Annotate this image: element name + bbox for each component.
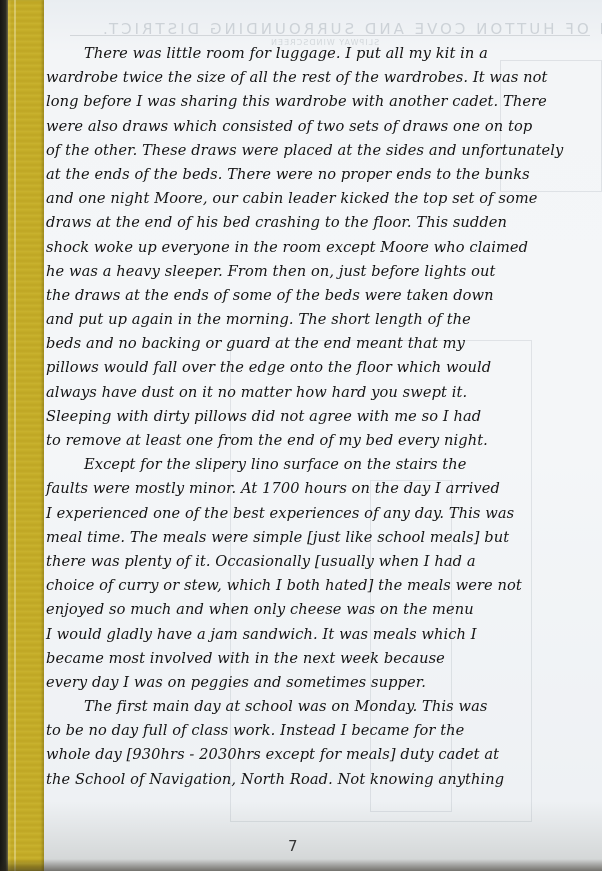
text-line: I experienced one of the best experience… <box>44 502 602 526</box>
text-line: wardrobe twice the size of all the rest … <box>44 66 602 90</box>
text-line: he was a heavy sleeper. From then on, ju… <box>44 260 602 284</box>
text-line: Except for the slipery lino surface on t… <box>44 453 602 477</box>
text-line: were also draws which consisted of two s… <box>44 115 602 139</box>
text-line: Sleeping with dirty pillows did not agre… <box>44 405 602 429</box>
text-line: meal time. The meals were simple [just l… <box>44 526 602 550</box>
text-line: the School of Navigation, North Road. No… <box>44 768 602 792</box>
text-line: to remove at least one from the end of m… <box>44 429 602 453</box>
text-line: faults were mostly minor. At 1700 hours … <box>44 477 602 501</box>
text-line: the draws at the ends of some of the bed… <box>44 284 602 308</box>
text-line: whole day [930hrs - 2030hrs except for m… <box>44 743 602 767</box>
text-line: enjoyed so much and when only cheese was… <box>44 598 602 622</box>
page-bottom-shadow <box>0 859 602 871</box>
text-line: pillows would fall over the edge onto th… <box>44 356 602 380</box>
handwritten-text: There was little room for luggage. I put… <box>44 42 602 792</box>
text-line: There was little room for luggage. I put… <box>44 42 602 66</box>
text-line: beds and no backing or guard at the end … <box>44 332 602 356</box>
page-number: 7 <box>288 837 298 855</box>
text-line: at the ends of the beds. There were no p… <box>44 163 602 187</box>
text-line: The first main day at school was on Mond… <box>44 695 602 719</box>
text-line: always have dust on it no matter how har… <box>44 381 602 405</box>
text-line: long before I was sharing this wardrobe … <box>44 90 602 114</box>
text-line: shock woke up everyone in the room excep… <box>44 236 602 260</box>
text-line: became most involved with in the next we… <box>44 647 602 671</box>
text-line: I would gladly have a jam sandwich. It w… <box>44 623 602 647</box>
text-line: draws at the end of his bed crashing to … <box>44 211 602 235</box>
text-line: every day I was on peggies and sometimes… <box>44 671 602 695</box>
text-line: of the other. These draws were placed at… <box>44 139 602 163</box>
text-line: there was plenty of it. Occasionally [us… <box>44 550 602 574</box>
text-line: choice of curry or stew, which I both ha… <box>44 574 602 598</box>
tape-highlight <box>14 0 16 871</box>
text-line: and one night Moore, our cabin leader ki… <box>44 187 602 211</box>
text-line: and put up again in the morning. The sho… <box>44 308 602 332</box>
bleed-through-header: PLAN OF HUTTON COVE AND SURROUNDING DIST… <box>100 20 602 38</box>
binding-spine <box>0 0 8 871</box>
bleed-through-rule <box>70 35 590 36</box>
text-line: to be no day full of class work. Instead… <box>44 719 602 743</box>
notebook-page: PLAN OF HUTTON COVE AND SURROUNDING DIST… <box>0 0 602 871</box>
